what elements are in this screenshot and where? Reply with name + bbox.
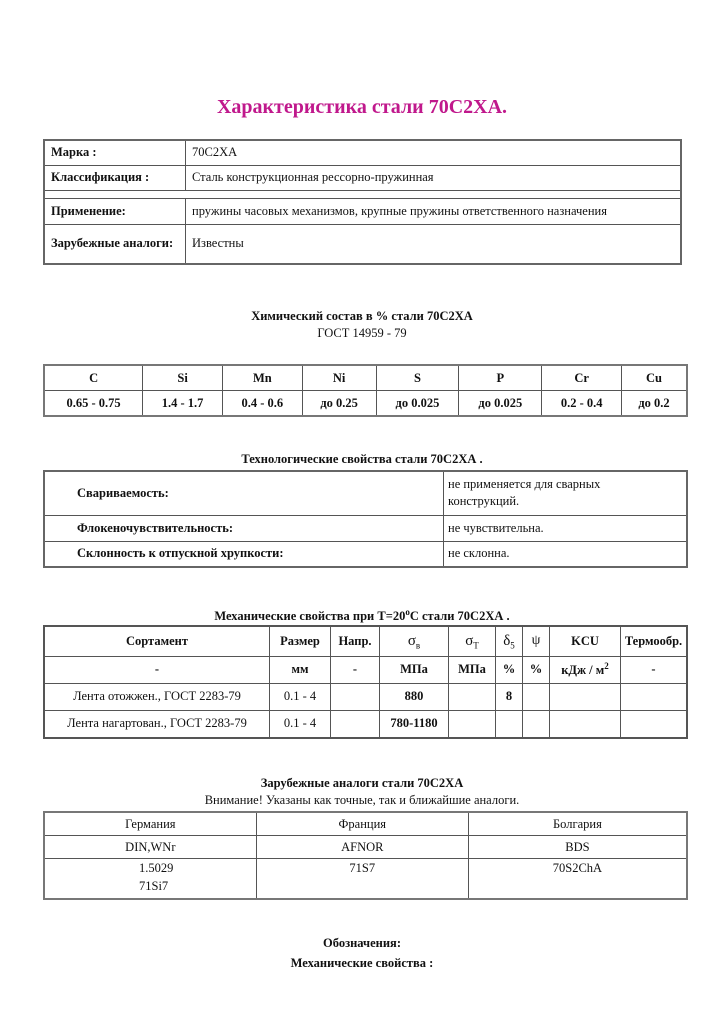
mech-cell: Лента нагартован., ГОСТ 2283-79	[44, 710, 270, 738]
mech-unit: -	[331, 656, 380, 683]
table-row: Склонность к отпускной хрупкости: не скл…	[44, 541, 687, 567]
mech-unit: %	[496, 656, 523, 683]
mech-unit: кДж / м2	[550, 656, 621, 683]
mark-label: Марка :	[44, 140, 186, 165]
temper-brittleness-value: не склонна.	[444, 541, 688, 567]
mech-cell	[621, 710, 688, 738]
standard-bulgaria: BDS	[468, 836, 687, 859]
application-label: Применение:	[44, 198, 186, 224]
table-row: Классификация : Сталь конструкционная ре…	[44, 165, 681, 190]
mech-cell	[550, 683, 621, 710]
flake-sensitivity-value: не чувствительна.	[444, 515, 688, 541]
mech-header: δ5	[496, 626, 523, 656]
country-bulgaria: Болгария	[468, 812, 687, 836]
mech-header: Размер	[270, 626, 331, 656]
page-title: Характеристика стали 70С2ХА.	[0, 96, 724, 119]
chem-header: P	[459, 365, 542, 391]
mech-header: ψ	[523, 626, 550, 656]
temper-brittleness-label: Склонность к отпускной хрупкости:	[44, 541, 444, 567]
mech-cell	[550, 710, 621, 738]
chem-value: до 0.2	[622, 391, 687, 417]
chem-header: S	[376, 365, 459, 391]
mech-cell	[496, 710, 523, 738]
mark-value: 70С2ХА	[186, 140, 682, 165]
mech-unit: -	[44, 656, 270, 683]
chem-table: C Si Mn Ni S P Cr Cu 0.65 - 0.75 1.4 - 1…	[43, 364, 688, 417]
table-row-spacer	[44, 190, 681, 198]
chem-header-row: C Si Mn Ni S P Cr Cu	[44, 365, 687, 391]
grade-item: 70S2ChA	[475, 859, 680, 877]
chem-value: 0.4 - 0.6	[222, 391, 302, 417]
tech-title: Технологические свойства стали 70С2ХА .	[0, 452, 724, 467]
mech-cell	[523, 710, 550, 738]
grade-bulgaria: 70S2ChA	[468, 859, 687, 899]
country-germany: Германия	[44, 812, 256, 836]
mech-unit: МПа	[449, 656, 496, 683]
tech-table: Свариваемость: не применяется для сварны…	[43, 470, 688, 568]
mech-unit: %	[523, 656, 550, 683]
classification-label: Классификация :	[44, 165, 186, 190]
table-row: Лента отожжен., ГОСТ 2283-79 0.1 - 4 880…	[44, 683, 687, 710]
mech-header: Напр.	[331, 626, 380, 656]
standard-france: AFNOR	[256, 836, 468, 859]
mech-table: Сортамент Размер Напр. σв σT δ5 ψ KCU Те…	[43, 625, 688, 739]
analogs-table: Германия Франция Болгария DIN,WNr AFNOR …	[43, 811, 688, 900]
mech-cell	[523, 683, 550, 710]
mech-cell	[331, 710, 380, 738]
table-row: Марка : 70С2ХА	[44, 140, 681, 165]
chem-value: 1.4 - 1.7	[143, 391, 223, 417]
mech-header: σT	[449, 626, 496, 656]
mech-cell: Лента отожжен., ГОСТ 2283-79	[44, 683, 270, 710]
mech-cell: 8	[496, 683, 523, 710]
grade-item: 71S7	[263, 859, 462, 877]
spacer-cell	[44, 190, 681, 198]
chem-title: Химический состав в % стали 70С2ХА	[0, 309, 724, 324]
mech-header: σв	[380, 626, 449, 656]
analogs-note: Внимание! Указаны как точные, так и ближ…	[0, 793, 724, 808]
mech-header: Термообр.	[621, 626, 688, 656]
flake-sensitivity-label: Флокеночувствительность:	[44, 515, 444, 541]
grade-item: 71Si7	[139, 877, 250, 895]
analogs-grade-row: 1.5029 71Si7 71S7 70S2ChA	[44, 859, 687, 899]
mech-cell	[449, 710, 496, 738]
mech-cell: 880	[380, 683, 449, 710]
weldability-label: Свариваемость:	[44, 471, 444, 515]
mech-cell: 0.1 - 4	[270, 710, 331, 738]
table-row: Лента нагартован., ГОСТ 2283-79 0.1 - 4 …	[44, 710, 687, 738]
weldability-value: не применяется для сварных конструкций.	[444, 471, 688, 515]
classification-value: Сталь конструкционная рессорно-пружинная	[186, 165, 682, 190]
application-value: пружины часовых механизмов, крупные пруж…	[186, 198, 682, 224]
table-row: Флокеночувствительность: не чувствительн…	[44, 515, 687, 541]
chem-header: Ni	[302, 365, 376, 391]
mech-cell	[449, 683, 496, 710]
table-row: Свариваемость: не применяется для сварны…	[44, 471, 687, 515]
chem-header: Cu	[622, 365, 687, 391]
grade-france: 71S7	[256, 859, 468, 899]
mech-header-row: Сортамент Размер Напр. σв σT δ5 ψ KCU Те…	[44, 626, 687, 656]
foreign-analogs-value: Известны	[186, 224, 682, 264]
table-row: Применение: пружины часовых механизмов, …	[44, 198, 681, 224]
chem-header: Cr	[542, 365, 622, 391]
analogs-standard-row: DIN,WNr AFNOR BDS	[44, 836, 687, 859]
foreign-analogs-label: Зарубежные аналоги:	[44, 224, 186, 264]
chem-header: Si	[143, 365, 223, 391]
table-row: Зарубежные аналоги: Известны	[44, 224, 681, 264]
mech-cell	[331, 683, 380, 710]
chem-standard: ГОСТ 14959 - 79	[0, 326, 724, 341]
general-info-table: Марка : 70С2ХА Классификация : Сталь кон…	[43, 139, 682, 265]
mech-title: Механические свойства при Т=20oС стали 7…	[0, 607, 724, 624]
chem-value: 0.65 - 0.75	[44, 391, 143, 417]
chem-value-row: 0.65 - 0.75 1.4 - 1.7 0.4 - 0.6 до 0.25 …	[44, 391, 687, 417]
mech-unit: мм	[270, 656, 331, 683]
mech-cell: 780-1180	[380, 710, 449, 738]
mech-header: KCU	[550, 626, 621, 656]
grade-item: 1.5029	[139, 859, 250, 877]
mech-units-row: - мм - МПа МПа % % кДж / м2 -	[44, 656, 687, 683]
standard-germany: DIN,WNr	[44, 836, 256, 859]
mech-cell	[621, 683, 688, 710]
chem-value: до 0.025	[376, 391, 459, 417]
mech-cell: 0.1 - 4	[270, 683, 331, 710]
grade-germany: 1.5029 71Si7	[44, 859, 256, 899]
mech-unit: МПа	[380, 656, 449, 683]
country-france: Франция	[256, 812, 468, 836]
mech-props-heading: Механические свойства :	[0, 956, 724, 971]
chem-value: 0.2 - 0.4	[542, 391, 622, 417]
chem-value: до 0.025	[459, 391, 542, 417]
mech-header: Сортамент	[44, 626, 270, 656]
analogs-title: Зарубежные аналоги стали 70С2ХА	[0, 776, 724, 791]
analogs-country-row: Германия Франция Болгария	[44, 812, 687, 836]
chem-value: до 0.25	[302, 391, 376, 417]
designations-heading: Обозначения:	[0, 936, 724, 951]
mech-unit: -	[621, 656, 688, 683]
chem-header: C	[44, 365, 143, 391]
chem-header: Mn	[222, 365, 302, 391]
